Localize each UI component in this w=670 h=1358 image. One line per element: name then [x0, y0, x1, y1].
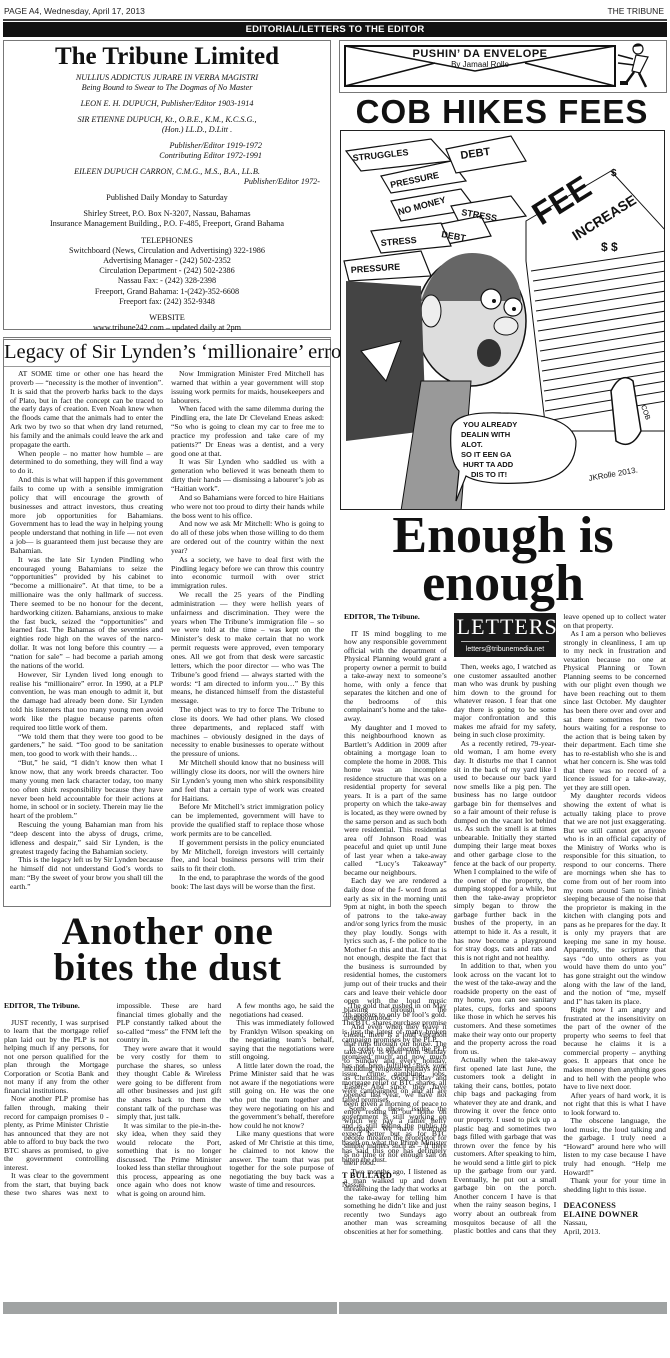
- etienne-line-2: (Hon.) LL.D., D.Litt .: [10, 125, 324, 135]
- paragraph: “But,” he said, “I didn’t know then what…: [10, 759, 163, 821]
- footer-bar-left: [3, 1302, 337, 1314]
- address-freeport: Insurance Management Building., P.O. F-4…: [10, 219, 324, 229]
- telephones-heading: TELEPHONES: [10, 236, 324, 246]
- masthead-box: The Tribune Limited NULLIUS ADDICTUS JUR…: [3, 40, 331, 330]
- letter-body-another: EDITOR, The Tribune. JUST recently, I wa…: [4, 1002, 334, 1202]
- letters-email-link[interactable]: letters@tribunemedia.net: [457, 645, 554, 654]
- website-link[interactable]: www.tribune242.com – updated daily at 2p…: [10, 323, 324, 333]
- masthead-title: The Tribune Limited: [10, 44, 324, 70]
- svg-text:SO IT EEN GA: SO IT EEN GA: [461, 450, 512, 459]
- motto-english: Being Bound to Swear to The Dogmas of No…: [10, 83, 324, 93]
- motto-latin: NULLIUS ADDICTUS JURARE IN VERBA MAGISTR…: [10, 73, 324, 83]
- paragraph: This was immediately followed by Frankly…: [229, 1019, 334, 1062]
- telephone-line: Switchboard (News, Circulation and Adver…: [10, 246, 324, 256]
- headline-line-1: Enough is: [339, 512, 667, 560]
- paragraph: However, Sir Lynden lived long enough to…: [10, 671, 163, 733]
- paragraph: When faced with the same dilemma during …: [171, 405, 324, 458]
- telephone-line: Nassau Fax: - (242) 328-2398: [10, 276, 324, 286]
- website-heading: WEBSITE: [10, 313, 324, 323]
- address-nassau: Shirley Street, P.O. Box N-3207, Nassau,…: [10, 209, 324, 219]
- svg-text:HURT TA ADD: HURT TA ADD: [463, 460, 514, 469]
- paragraph: It was similar to the pie-in-the-sky ide…: [117, 1122, 222, 1199]
- paragraph: As a society, we have to deal first with…: [171, 556, 324, 591]
- paragraph: A few months ago, he said the negotiatio…: [229, 1002, 334, 1019]
- paragraph: When people – no matter how humble – are…: [10, 450, 163, 477]
- paragraph: Before Mr Mitchell’s strict immigration …: [171, 803, 324, 838]
- paragraph: And even when they leave it closed, ther…: [344, 1023, 447, 1168]
- paragraph: This is the legacy left us by Sir Lynden…: [10, 856, 163, 891]
- paragraph: Thank your for your time in shedding lig…: [563, 1177, 666, 1194]
- cartoon-headline: COB HIKES FEES: [339, 95, 665, 129]
- paragraph: A little later down the road, the Prime …: [229, 1062, 334, 1130]
- paragraph: Rescuing the young Bahamian man from his…: [10, 821, 163, 856]
- paragraph: Right now I am angry and frustrated at t…: [563, 1006, 666, 1091]
- publication-schedule: Published Daily Monday to Saturday: [10, 193, 324, 203]
- editorial-headline: Legacy of Sir Lynden’s ‘millionaire’ err…: [4, 340, 330, 367]
- paragraph: As a recently retired, 79-year-old woman…: [454, 740, 557, 962]
- paragraph: Now another PLP promise has fallen throu…: [4, 1095, 109, 1172]
- headline-line-1: Another one: [0, 914, 335, 950]
- headline-line-2: bites the dust: [0, 950, 335, 986]
- paragraph: AT SOME time or other one has heard the …: [10, 370, 163, 450]
- telephone-line: Freeport, Grand Bahama: 1-(242)-352-6608: [10, 287, 324, 297]
- paragraph: After years of hard work, it is not righ…: [563, 1092, 666, 1118]
- eileen-line-1: EILEEN DUPUCH CARRON, C.M.G., M.S., B.A.…: [10, 167, 324, 177]
- etienne-role-2: Contributing Editor 1972-1991: [10, 151, 324, 161]
- paragraph: Two months ago, I listened as a man walk…: [344, 1168, 447, 1236]
- headline-line-2: enough: [339, 560, 667, 608]
- editorial-box: Legacy of Sir Lynden’s ‘millionaire’ err…: [3, 337, 331, 907]
- founder-line: LEON E. H. DUPUCH, Publisher/Editor 1903…: [10, 99, 324, 109]
- svg-text:DIS TO IT!: DIS TO IT!: [471, 470, 507, 479]
- cartoon-series-title: PUSHIN’ DA ENVELOPE: [400, 48, 560, 60]
- svg-text:$ $: $ $: [601, 240, 618, 254]
- telephone-line: Freeport fax: (242) 352-9348: [10, 297, 324, 307]
- paragraph: It was Sir Lynden who saddled us with a …: [171, 458, 324, 493]
- page-folio: PAGE A4, Wednesday, April 17, 2013: [4, 6, 145, 16]
- paragraph: My daughter records videos showing the e…: [563, 792, 666, 1006]
- paragraph: As I am a person who believes strongly i…: [563, 630, 666, 792]
- paragraph: The object was to try to force The Tribu…: [171, 706, 324, 759]
- paragraph: In the end, to paraphrase the words of t…: [171, 874, 324, 892]
- paragraph: JUST recently, I was surprised to learn …: [4, 1019, 109, 1096]
- paragraph: And this is what will happen if this gov…: [10, 476, 163, 556]
- editorial-cartoon: STRUGGLES PRESSURE DEBT NO MONEY STRESS …: [340, 130, 665, 510]
- cartoon-series-banner: PUSHIN’ DA ENVELOPE By Jamaal Rolle: [339, 40, 667, 93]
- newspaper-name: THE TRIBUNE: [607, 6, 664, 16]
- editorial-body: AT SOME time or other one has heard the …: [10, 370, 324, 902]
- paragraph: If government persists in the policy enu…: [171, 839, 324, 874]
- letter-body-enough: EDITOR, The Tribune. IT IS mind boggling…: [344, 613, 666, 1278]
- letters-label: LETTERS: [457, 616, 554, 638]
- section-banner: EDITORIAL/LETTERS TO THE EDITOR: [3, 22, 667, 37]
- paragraph: “We told them that they were too good to…: [10, 733, 163, 760]
- paragraph: Then, weeks ago, I watched as one custom…: [454, 663, 557, 740]
- paragraph: In addition to that, when you look acros…: [454, 962, 557, 1056]
- paragraph: The obscene language, the loud music, th…: [563, 1117, 666, 1177]
- cartoon-byline: By Jamaal Rolle: [400, 60, 560, 69]
- paragraph: My daughter and I moved to this neighbou…: [344, 724, 447, 878]
- paragraph: And now we ask Mr Mitchell: Who is going…: [171, 520, 324, 555]
- letters-contact-box: LETTERS letters@tribunemedia.net: [454, 613, 557, 657]
- svg-text:$: $: [611, 168, 617, 179]
- paragraph: Mr Mitchell should know that no business…: [171, 759, 324, 803]
- letter-headline-another: Another one bites the dust: [0, 914, 335, 986]
- eileen-line-2: Publisher/Editor 1972-: [10, 177, 324, 187]
- telephone-line: Advertising Manager - (242) 502-2352: [10, 256, 324, 266]
- telephone-line: Circulation Department - (242) 502-2386: [10, 266, 324, 276]
- salutation: EDITOR, The Tribune.: [4, 1002, 109, 1011]
- letter-date: April, 2013.: [563, 1228, 666, 1237]
- paragraph: Now Immigration Minister Fred Mitchell h…: [171, 370, 324, 405]
- etienne-line-1: SIR ETIENNE DUPUCH, Kt., O.B.E., K.M., K…: [10, 115, 324, 125]
- svg-text:ALOT.: ALOT.: [461, 440, 483, 449]
- svg-text:YOU ALREADY: YOU ALREADY: [463, 420, 517, 429]
- paragraph: IT IS mind boggling to me how any respon…: [344, 630, 447, 724]
- paragraph: And so Bahamians were forced to hire Hai…: [171, 494, 324, 521]
- footer-bar-right: [339, 1302, 667, 1314]
- salutation: EDITOR, The Tribune.: [344, 613, 447, 622]
- paragraph: Like many questions that were asked of M…: [229, 1130, 334, 1190]
- svg-text:JKRolle 2013.: JKRolle 2013.: [588, 465, 639, 483]
- cartoon-illustration-icon: STRUGGLES PRESSURE DEBT NO MONEY STRESS …: [341, 131, 665, 510]
- svg-text:DEALIN WITH: DEALIN WITH: [461, 430, 510, 439]
- paragraph: It was the late Sir Lynden Pindling who …: [10, 556, 163, 671]
- letter-headline-enough: Enough is enough: [339, 512, 667, 608]
- header-rule: [3, 19, 667, 21]
- paragraph: We recall the 25 years of the Pindling a…: [171, 591, 324, 706]
- etienne-role-1: Publisher/Editor 1919-1972: [10, 141, 324, 151]
- paragraph: They were aware that it would be very co…: [117, 1045, 222, 1122]
- paragraph: Each day we are rendered a daily dose of…: [344, 877, 447, 1022]
